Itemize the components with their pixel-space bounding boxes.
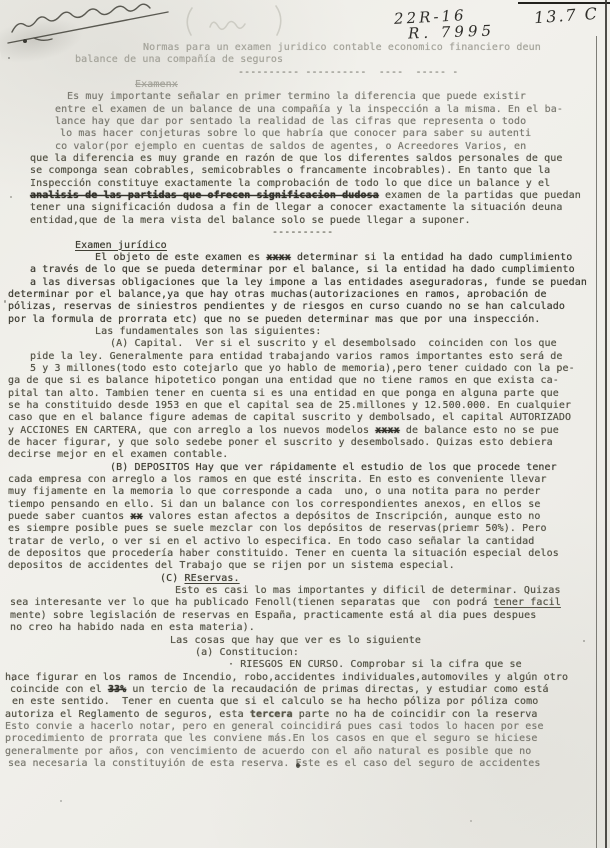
- ink-speck: [10, 196, 12, 198]
- faint-pencil-mark-icon: [178, 3, 293, 43]
- typed-line: sea necesaria la constituyión de esta re…: [0, 758, 610, 770]
- typed-line: es siempre posible pues se suele mezclar…: [0, 523, 610, 535]
- typed-line: determinar por el balance,ya que hay otr…: [0, 289, 610, 301]
- ink-speck: [8, 57, 10, 59]
- typed-line: generalmente por años, con vencimiento d…: [0, 746, 610, 758]
- typed-line: que la diferencia es muy grande en razón…: [0, 153, 610, 165]
- typed-line: caso que en el balance figure ademas de …: [0, 412, 610, 424]
- typed-line: de depositos que procedería haber consti…: [0, 548, 610, 560]
- typed-line: entidad,que de la mera vista del balance…: [0, 215, 610, 227]
- typed-line: a las diversas obligaciones que la ley i…: [0, 277, 610, 289]
- typed-line: procedimiento de prorrata que les convie…: [0, 733, 610, 745]
- typed-line: tiempo pensando en ello. Si dan un balan…: [0, 499, 610, 511]
- typed-line: coincide con el 33% un tercio de la reca…: [0, 684, 610, 696]
- ink-speck: [583, 640, 585, 642]
- scanned-document-page: 22R-16 R. 7995 13.7 C Normas para un exa…: [0, 0, 610, 848]
- typed-line: no creo ha habido nada en esta materia).: [0, 622, 610, 634]
- typed-line: a través de lo que se pueda determinar p…: [0, 264, 610, 276]
- ink-speck: [470, 820, 472, 822]
- typed-line: de hacer figurar, y que solo sedebe pone…: [0, 437, 610, 449]
- typed-line: cada empresa con arreglo a los ramos en …: [0, 474, 610, 486]
- typed-line: ---------- ---------- ---- ----- -: [0, 67, 610, 79]
- typed-line: Es muy importante señalar en primer term…: [0, 91, 610, 103]
- typed-line: ga de que si es balance hipotetico ponga…: [0, 375, 610, 387]
- typed-line: Esto convie a hacerlo notar, pero en gen…: [0, 721, 610, 733]
- typed-line: (C) REservas.: [0, 573, 610, 585]
- typed-line: sea interesante ver lo que ha publicado …: [0, 597, 610, 609]
- typed-line: pide la ley. Generalmente para entidad t…: [0, 351, 610, 363]
- typed-line: depositos de accidentes del Trabajo que …: [0, 560, 610, 572]
- typed-line: Las fundamentales son las siguientes:: [0, 326, 610, 338]
- typed-line: mente) sobre legislación de reservas en …: [0, 610, 610, 622]
- typed-line: pólizas, reservas de siniestros pendient…: [0, 301, 610, 313]
- typed-line: ----------: [0, 227, 610, 239]
- typed-line: Normas para un examen juridico contable …: [0, 42, 610, 54]
- typed-line: (B) DEPOSITOS Hay que ver rápidamente el…: [0, 462, 610, 474]
- typed-line: co valor(por ejemplo en cuentas de saldo…: [0, 141, 610, 153]
- ink-speck: [12, 679, 14, 681]
- typed-line: Examenx: [0, 79, 610, 91]
- typed-line: · RIESGOS EN CURSO. Comprobar si la cifr…: [0, 659, 610, 671]
- typed-line: lo mas hacer conjeturas sobre lo que hab…: [0, 128, 610, 140]
- typed-line: analisis de las partidas que ofrecen sig…: [0, 190, 610, 202]
- typed-line: puede saber cuantos xx valores estan afe…: [0, 511, 610, 523]
- typed-line: entre el examen de un balance de una com…: [0, 104, 610, 116]
- typed-line: muy fijamente en la memoria lo que corre…: [0, 486, 610, 498]
- typed-line: decirse mejor en el examen contable.: [0, 449, 610, 461]
- handwritten-code-bottom: R. 7995: [408, 21, 496, 42]
- typed-line: Examen jurídico: [0, 240, 610, 252]
- ink-speck: [296, 763, 300, 768]
- handwritten-code-right: 13.7 C: [533, 4, 599, 27]
- typed-line: autoriza el Reglamento de seguros, esta …: [0, 709, 610, 721]
- typed-line: (a) Constitucion:: [0, 647, 610, 659]
- typed-line: lance hay que dar por sentado la realida…: [0, 116, 610, 128]
- typed-line: se componga sean cobrables, semicobrable…: [0, 165, 610, 177]
- ink-speck: [4, 300, 6, 303]
- typed-line: El objeto de este examen es xxxx determi…: [0, 252, 610, 264]
- ink-speck: [23, 39, 27, 43]
- typed-line: balance de una compañía de seguros: [0, 54, 610, 66]
- typed-line: 5 y 3 millones(todo esto cotejarlo que y…: [0, 363, 610, 375]
- typed-text: Normas para un examen juridico contable …: [0, 42, 610, 770]
- typed-line: (A) Capital. Ver si el suscrito y el des…: [0, 338, 610, 350]
- typed-line: Esto es casi lo mas importantes y difici…: [0, 585, 610, 597]
- typed-line: hace figurar en los ramos de Incendio, r…: [0, 672, 610, 684]
- typed-line: tratar de verlo, o ver si en el activo l…: [0, 536, 610, 548]
- typed-line: Inspección constituye exactamente la com…: [0, 178, 610, 190]
- typed-line: pital tan alto. Tambien tener en cuenta …: [0, 388, 610, 400]
- typed-line: y ACCIONES EN CARTERA, que con arreglo a…: [0, 425, 610, 437]
- typed-line: se ha constituido desde 1953 en que el c…: [0, 400, 610, 412]
- typed-line: por la formula de prorrata etc) que no s…: [0, 314, 610, 326]
- typed-line: en este sentido. Tener en cuenta que si …: [0, 696, 610, 708]
- ink-speck: [60, 800, 62, 802]
- typed-line: tener una significación dudosa a fin de …: [0, 202, 610, 214]
- typed-line: Las cosas que hay que ver es lo siguient…: [0, 635, 610, 647]
